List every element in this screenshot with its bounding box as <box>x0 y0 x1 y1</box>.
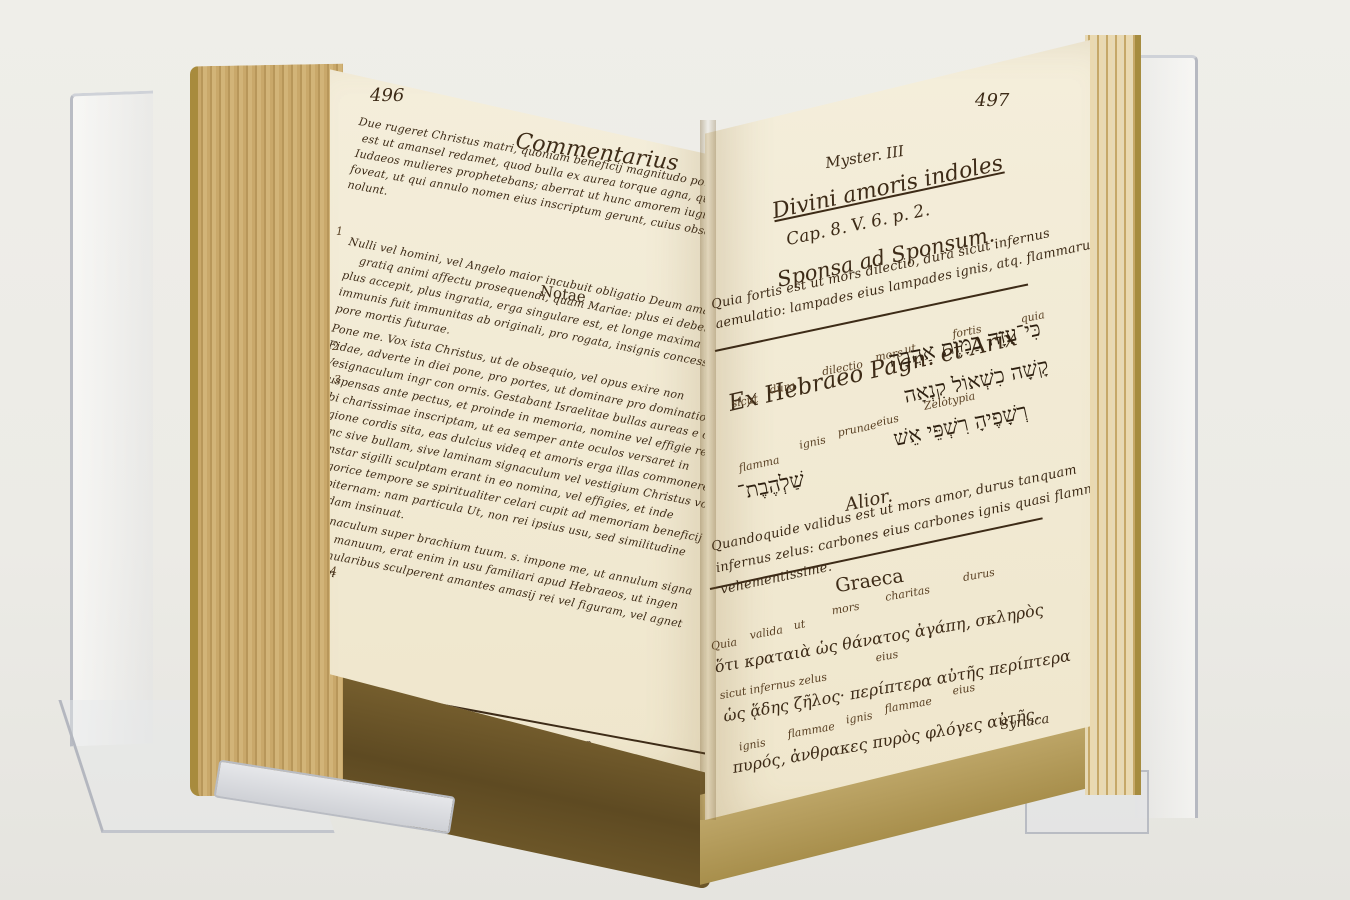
greek-gloss: flammae <box>786 720 835 741</box>
greek-gloss: valida <box>749 623 784 642</box>
greek-gloss: flammae <box>884 695 933 716</box>
greek-gloss: eius <box>875 648 900 665</box>
greek-gloss: ut <box>793 617 807 632</box>
left-page: 496 Commentarius Due rugeret Christus ma… <box>330 55 715 775</box>
greek-gloss: ignis <box>845 709 874 726</box>
greek-gloss: ignis <box>738 736 767 753</box>
greek-gloss: eius <box>951 681 976 698</box>
acrylic-stand-left-panel <box>70 91 153 747</box>
greek-gloss: durus <box>962 566 996 584</box>
hebrew-gloss: ignis <box>798 433 827 451</box>
right-page: 497 Myster. III Divini amoris indoles Ca… <box>705 40 1090 820</box>
right-page-number: 497 <box>975 90 1009 111</box>
left-page-number: 496 <box>370 85 404 106</box>
acrylic-stand-right-panel <box>1135 55 1198 818</box>
photo-scene: 496 Commentarius Due rugeret Christus ma… <box>0 0 1350 900</box>
book-gutter <box>700 120 716 820</box>
book-right-fore-edge <box>1085 35 1141 795</box>
right-running-head: Myster. III <box>824 142 905 172</box>
hebrew-gloss: prunae <box>836 418 877 439</box>
note-marker: 1 <box>336 225 343 238</box>
book-left-fore-edge <box>190 64 343 797</box>
greek-gloss: mors <box>831 600 861 618</box>
